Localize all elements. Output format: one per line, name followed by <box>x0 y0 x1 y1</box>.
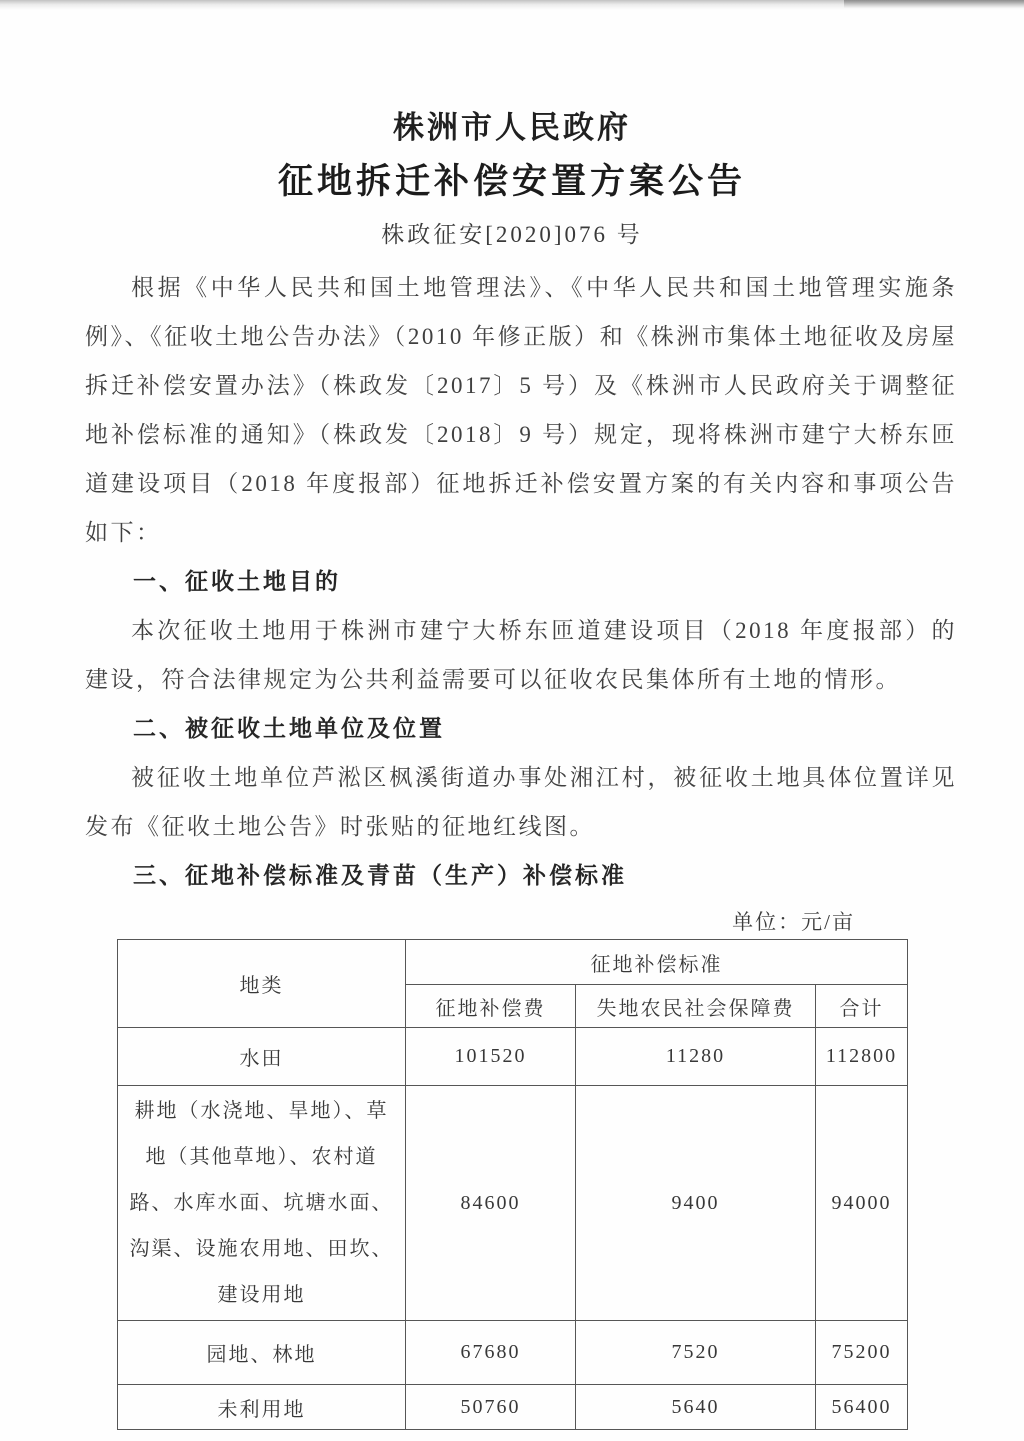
header-cell-land-type: 地类 <box>118 940 406 1028</box>
cell-compensation-fee: 50760 <box>406 1385 576 1430</box>
document-number: 株政征安[2020]076 号 <box>0 220 1024 249</box>
document-title-issuer: 株洲市人民政府 <box>0 106 1024 150</box>
document-body: 根据《中华人民共和国土地管理法》、《中华人民共和国土地管理实施条例》、《征收土地… <box>85 263 957 900</box>
cell-compensation-fee: 101520 <box>406 1028 576 1086</box>
table-row: 未利用地 50760 5640 56400 <box>118 1385 908 1430</box>
cell-land-type: 未利用地 <box>118 1385 406 1430</box>
cell-land-type: 耕地（水浇地、旱地）、草地（其他草地）、农村道路、水库水面、坑塘水面、沟渠、设施… <box>118 1086 406 1321</box>
section-body-1: 本次征收土地用于株洲市建宁大桥东匝道建设项目（2018 年度报部）的建设，符合法… <box>85 606 957 704</box>
table-row: 耕地（水浇地、旱地）、草地（其他草地）、农村道路、水库水面、坑塘水面、沟渠、设施… <box>118 1086 908 1321</box>
intro-paragraph: 根据《中华人民共和国土地管理法》、《中华人民共和国土地管理实施条例》、《征收土地… <box>85 263 957 557</box>
cell-total: 94000 <box>816 1086 908 1321</box>
section-heading-3: 三、征地补偿标准及青苗（生产）补偿标准 <box>85 851 957 900</box>
cell-social-security-fee: 5640 <box>576 1385 816 1430</box>
table-unit-label: 单位：元/亩 <box>117 909 907 935</box>
header-cell-social-security-fee: 失地农民社会保障费 <box>576 985 816 1028</box>
header-cell-compensation-fee: 征地补偿费 <box>406 985 576 1028</box>
table-row: 水田 101520 11280 112800 <box>118 1028 908 1086</box>
cell-compensation-fee: 67680 <box>406 1321 576 1385</box>
document-page: 株洲市人民政府 征地拆迁补偿安置方案公告 株政征安[2020]076 号 根据《… <box>0 0 1024 1441</box>
table-header-row-group: 地类 征地补偿标准 <box>118 940 908 985</box>
cell-social-security-fee: 11280 <box>576 1028 816 1086</box>
table-row: 园地、林地 67680 7520 75200 <box>118 1321 908 1385</box>
cell-land-type: 水田 <box>118 1028 406 1086</box>
cell-social-security-fee: 7520 <box>576 1321 816 1385</box>
section-heading-1: 一、征收土地目的 <box>85 557 957 606</box>
header-cell-group: 征地补偿标准 <box>406 940 908 985</box>
cell-total: 75200 <box>816 1321 908 1385</box>
cell-compensation-fee: 84600 <box>406 1086 576 1321</box>
scan-edge-artifact <box>0 0 1024 10</box>
document-title-main: 征地拆迁补偿安置方案公告 <box>0 158 1024 206</box>
compensation-standards-table: 地类 征地补偿标准 征地补偿费 失地农民社会保障费 合计 水田 101520 1… <box>117 939 908 1430</box>
scan-corner-artifact <box>844 0 1024 8</box>
section-heading-2: 二、被征收土地单位及位置 <box>85 704 957 753</box>
compensation-table-area: 单位：元/亩 地类 征地补偿标准 征地补偿费 失地农民社会保障费 合计 <box>117 909 907 1430</box>
section-body-2: 被征收土地单位芦淞区枫溪街道办事处湘江村，被征收土地具体位置详见发布《征收土地公… <box>85 753 957 851</box>
cell-total: 112800 <box>816 1028 908 1086</box>
cell-social-security-fee: 9400 <box>576 1086 816 1321</box>
cell-total: 56400 <box>816 1385 908 1430</box>
cell-land-type: 园地、林地 <box>118 1321 406 1385</box>
header-cell-total: 合计 <box>816 985 908 1028</box>
